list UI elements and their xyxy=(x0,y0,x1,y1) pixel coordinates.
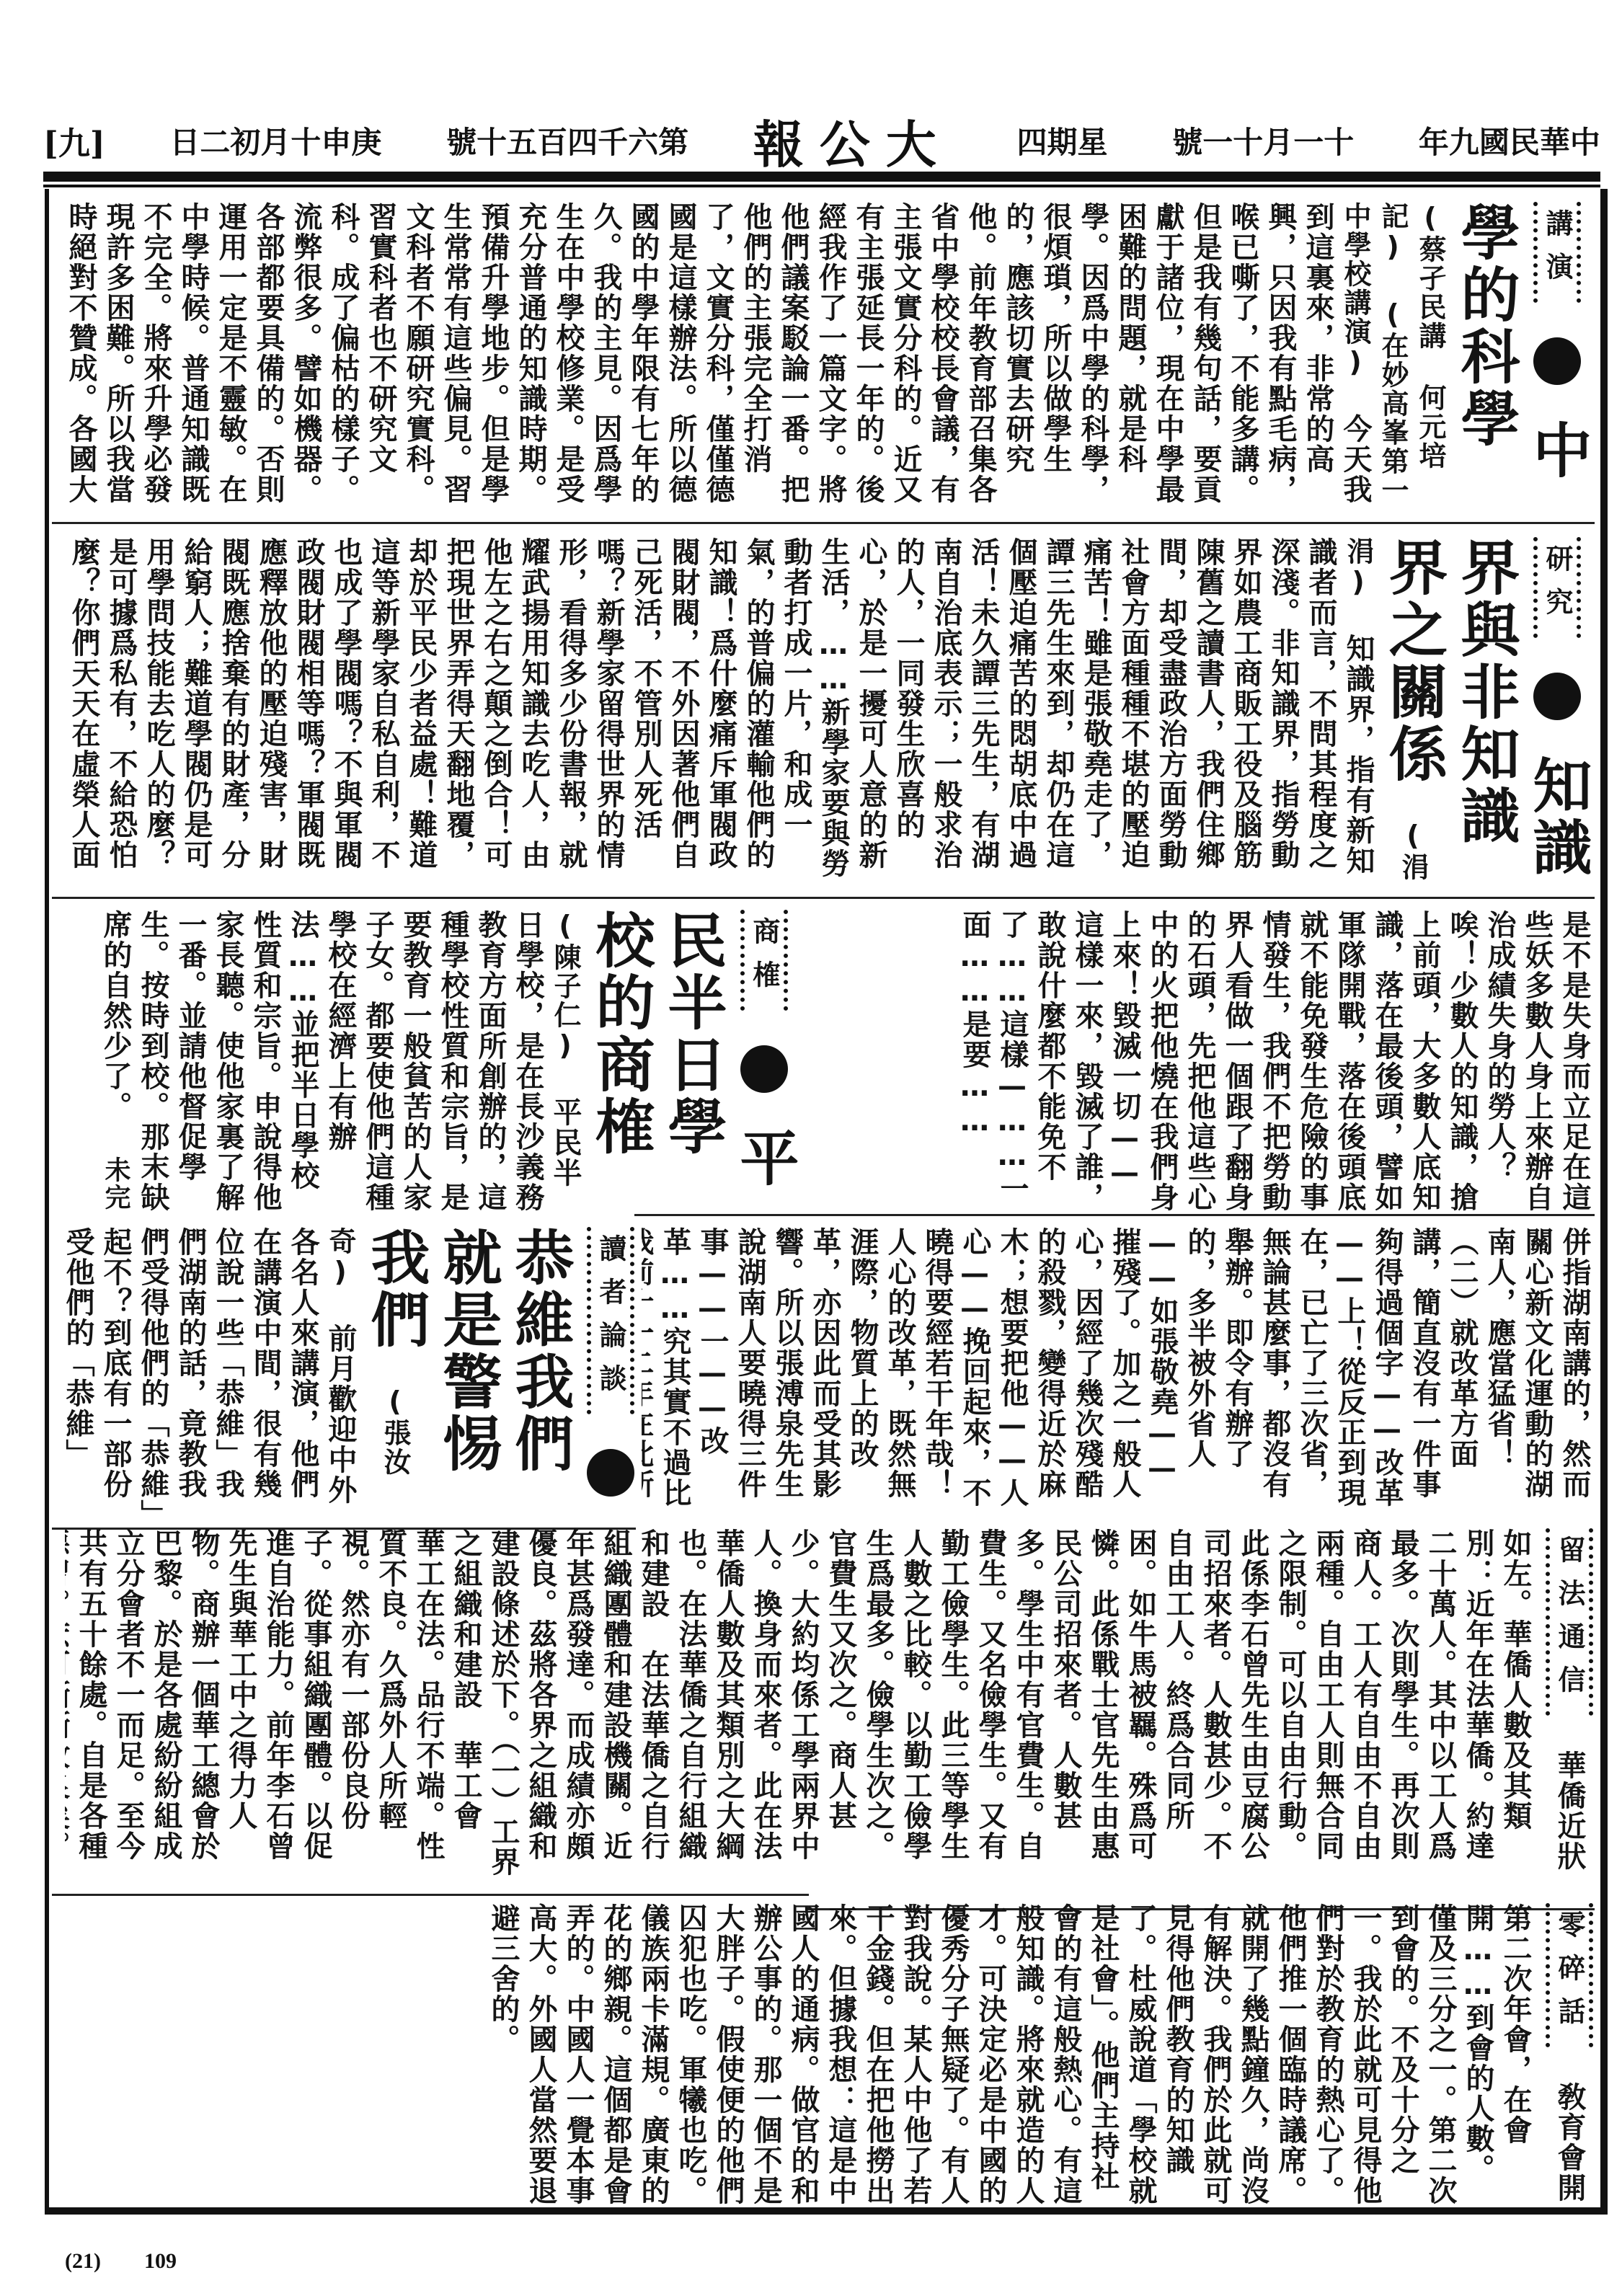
section-tag-letters-from-france: 留法通信 xyxy=(1546,1528,1593,1716)
publication-date: 十一月十一號 xyxy=(1172,119,1354,162)
article-body: 敎育會開第二次年會，在會開……到會的人數。僅及三分之一。第二次到會的。不及十分之… xyxy=(487,1903,1586,2206)
headline-bullet-icon xyxy=(1533,673,1581,720)
weekday: 星期四 xyxy=(1016,119,1107,162)
article-middle-school-science: 講演 中學的科學 (蔡孑民講 何元培記) (在妙高峯第一中學校講演) 今天我到這… xyxy=(65,202,1593,519)
article-commoner-half-day-school: 商榷 平民半日學校的商榷 (陳子仁) 平民半日學校，是在長沙義務教育方面所創辦的… xyxy=(65,910,800,1213)
masthead: [九] 庚申十月初二日 第六千四百五十號 大公報 星期四 十一月十一號 中華民國… xyxy=(43,115,1600,166)
article-body: 平民半日學校，是在長沙義務教育方面所創辦的，這種學校性質和宗旨，是要教育一般貧苦… xyxy=(99,910,582,1213)
article-body: 前月歡迎中外各名人來講演，他們在講演中間，很有幾位說一些「恭維」我們湖南的話，竟… xyxy=(65,1227,357,1515)
headline-bullet-icon xyxy=(587,1449,634,1497)
masthead-rule-thin xyxy=(43,185,1600,187)
page-number: 109 xyxy=(144,2249,177,2274)
headline-bullet-icon xyxy=(1533,337,1581,385)
article-miscellany: 零碎話 敎育會開第二次年會，在會開……到會的人數。僅及三分之一。第二次到會的。不… xyxy=(65,1903,1593,2209)
section-tag-discussion: 商榷 xyxy=(740,910,788,1011)
newspaper-title: 大公報 xyxy=(753,105,952,177)
lunar-date: 庚申十月初二日 xyxy=(169,119,381,162)
article-body: 今天我到這裏來，非常的高興，只因我有點毛病，喉已嘶了，不能多講。但是我有幾句話，… xyxy=(65,202,1372,513)
section-tag-miscellany: 零碎話 xyxy=(1546,1903,1593,2047)
roll-number: (21) xyxy=(65,2249,101,2274)
article-respect-is-warning: 讀者論談 恭維我們就是警惕我們 (張汝奇) 前月歡迎中外各名人來講演，他們在講演… xyxy=(65,1227,634,1522)
article-hunan-people-warning: 併指湖南講的，然而關心新文化運動的湖南人，應當猛省！（二）就改革方面講，簡直沒有… xyxy=(642,1227,1593,1512)
page-marker: [九] xyxy=(43,118,105,164)
page-footer: (21) 109 xyxy=(65,2249,177,2274)
section-tag-readers-forum: 讀者論談 xyxy=(587,1227,634,1414)
masthead-rule-thick xyxy=(43,172,1600,182)
article-body: 是不是失身而立足在這些妖多數人身上來辦自治成績失身的勞人？唉！少數人的知識，搶上… xyxy=(958,910,1591,1213)
end-mark: 未完 xyxy=(101,1156,130,1211)
article-hunan-self-rule: 是不是失身而立足在這些妖多數人身上來辦自治成績失身的勞人？唉！少數人的知識，搶上… xyxy=(807,910,1593,1213)
byline-author: (陳子仁) xyxy=(549,910,581,1063)
article-body: 併指湖南講的，然而關心新文化運動的湖南人，應當猛省！（二）就改革方面講，簡直沒有… xyxy=(642,1227,1591,1508)
section-tag-lecture: 講演 xyxy=(1533,202,1581,303)
article-letters-from-france: 留法通信 華僑近狀如左。華僑人數及其類別：近年在法華僑。約達二十萬人。其中以工人… xyxy=(65,1528,1593,1889)
publication-year: 中華民國九年 xyxy=(1419,119,1600,162)
article-body: 知識界，指有新知識者而言，不問其程度之深淺。非知識界，指勞動界如農工商販工役及腦… xyxy=(65,537,1375,879)
section-tag-research: 研究 xyxy=(1533,537,1581,638)
headline-bullet-icon xyxy=(740,1045,788,1093)
article-body: 華僑近狀如左。華僑人數及其類別：近年在法華僑。約達二十萬人。其中以工人爲最多。次… xyxy=(65,1528,1586,1889)
issue-number: 第六千四百五十號 xyxy=(446,119,688,162)
article-intellectual-relations: 研究 知識界與非知識界之關係 (涓涓) 知識界，指有新知識者而言，不問其程度之深… xyxy=(65,537,1593,890)
